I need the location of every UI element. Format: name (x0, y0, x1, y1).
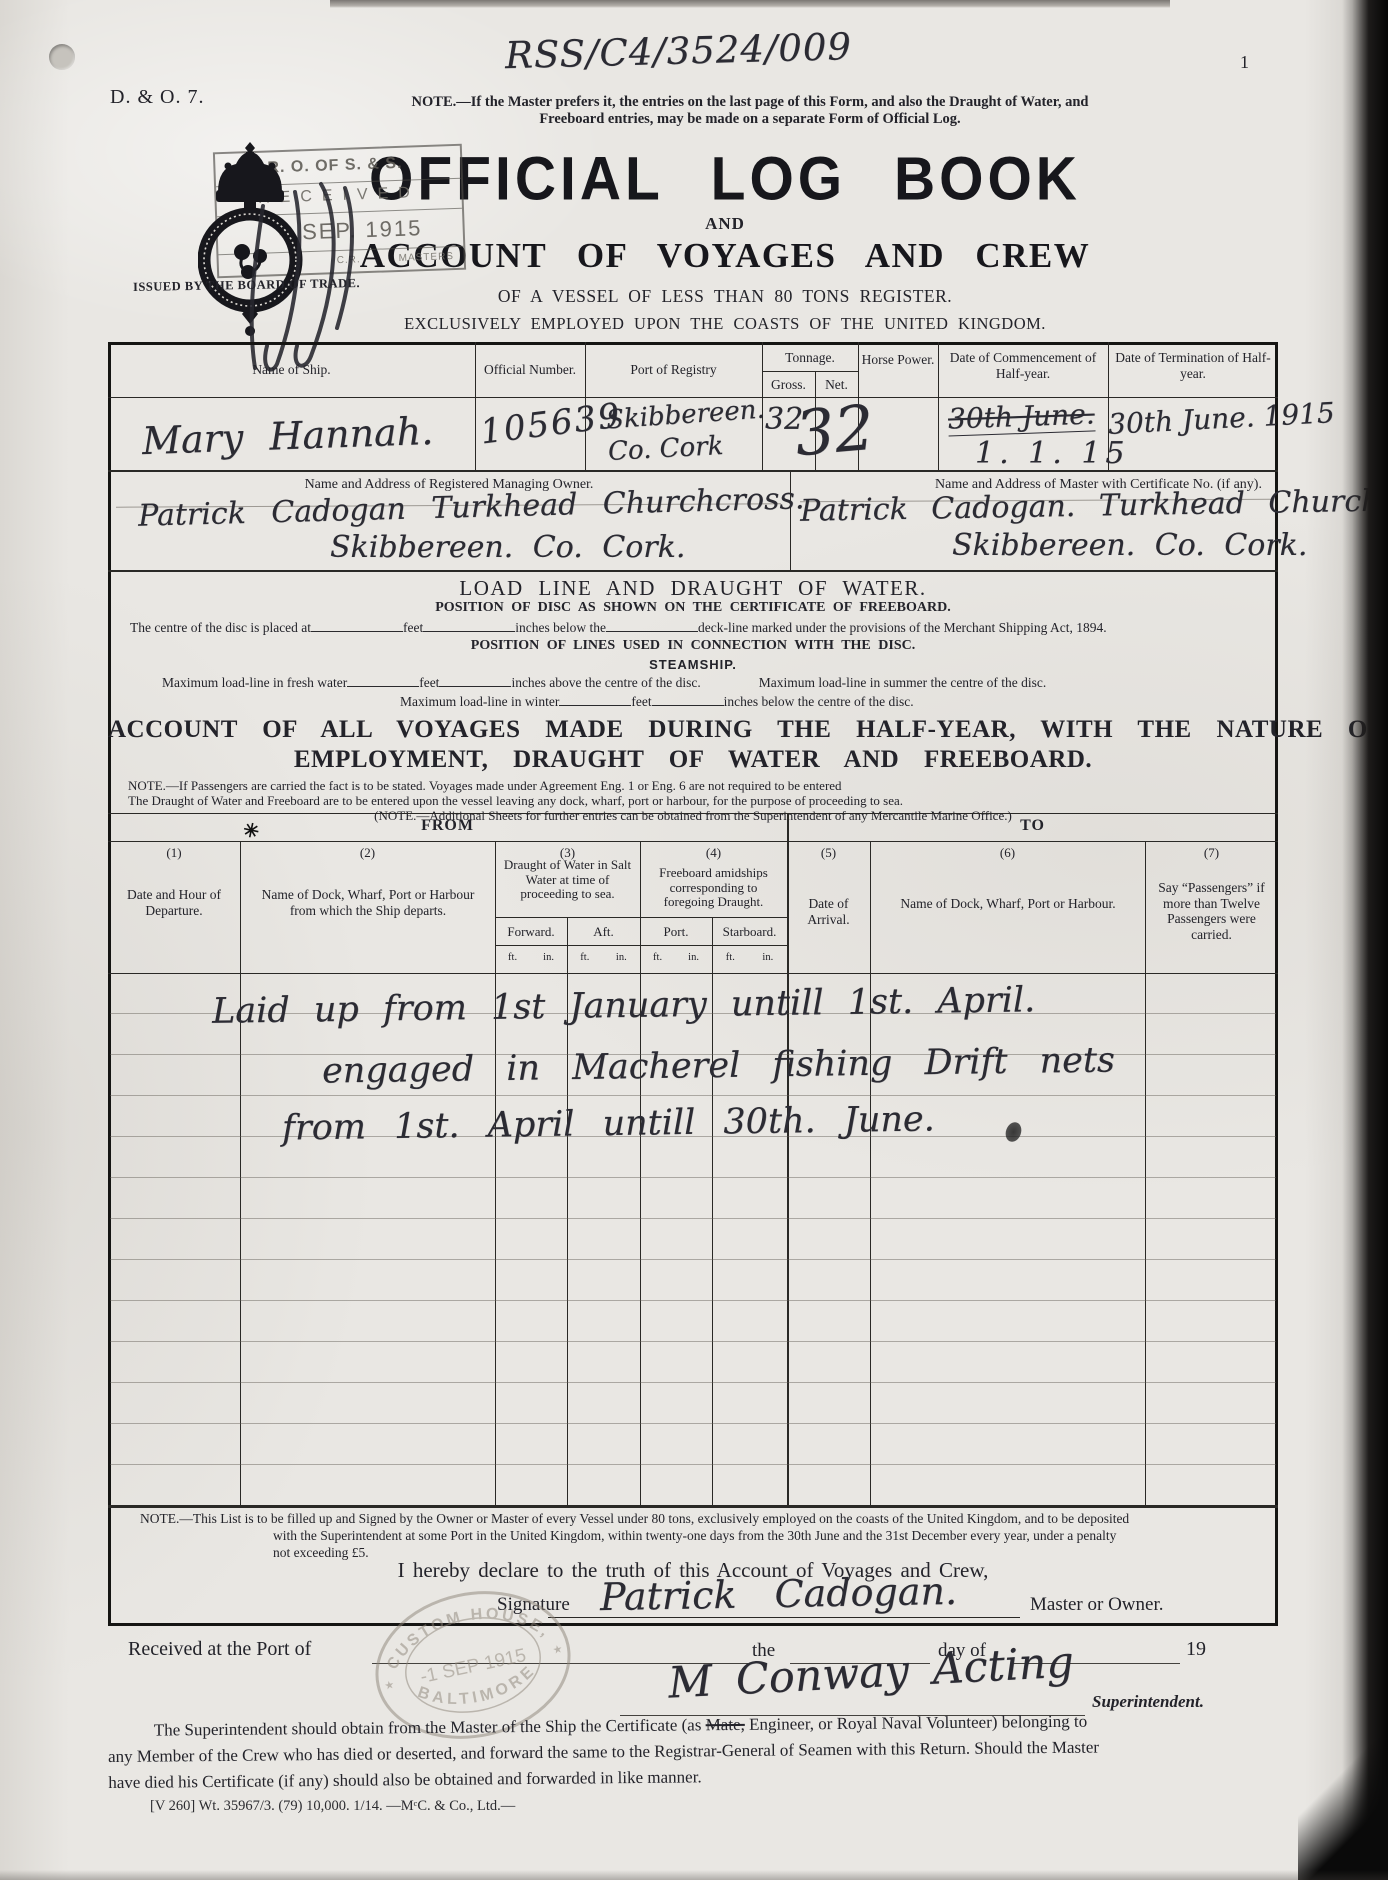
winter-blank-feet (559, 692, 631, 706)
winter-text-c: inches below the centre of the disc. (724, 694, 914, 709)
header-official-number: Official Number. (475, 362, 585, 378)
voyages-heading-line1: ACCOUNT OF ALL VOYAGES MADE DURING THE H… (108, 716, 1278, 744)
section-line (108, 570, 1278, 572)
voyages-note1: NOTE.—If Passengers are carried the fact… (128, 778, 842, 794)
fresh-text-a: Maximum load-line in fresh water (162, 675, 347, 690)
master-value-line2: Skibbereen. Co. Cork. (952, 528, 1307, 563)
in-label: in. (762, 952, 773, 963)
ft-label: ft. (508, 952, 517, 963)
in-label: in. (616, 952, 627, 963)
fresh-blank-feet (347, 673, 419, 687)
port-value-line2: Co. Cork (607, 431, 724, 467)
row-line (108, 841, 1278, 842)
paragraph-line1-a: The Superintendent should obtain from th… (154, 1715, 706, 1739)
scan-edge-bottom (0, 1870, 1388, 1880)
ftin-starboard: ft.in. (712, 952, 787, 963)
footer-note-line2: with the Superintendent at some Port in … (273, 1528, 1116, 1544)
voyages-heading-line2: EMPLOYMENT, DRAUGHT OF WATER AND FREEBOA… (108, 746, 1278, 774)
port-label: Port. (640, 924, 712, 940)
superintendent-signature: M Conway Acting (667, 1637, 1075, 1708)
col6-number: (6) (870, 845, 1145, 861)
loadline-pos-disc: POSITION OF DISC AS SHOWN ON THE CERTIFI… (108, 600, 1278, 616)
row-line (108, 397, 1278, 398)
col3-header: Draught of Water in Salt Water at time o… (499, 858, 636, 902)
col7-number: (7) (1145, 845, 1278, 861)
starboard-label: Starboard. (712, 924, 787, 940)
disc-text-d: deck-line marked under the provisions of… (698, 620, 1107, 635)
hole-punch (49, 44, 75, 70)
loadline-title: LOAD LINE AND DRAUGHT OF WATER. (108, 576, 1278, 601)
header-tonnage: Tonnage. (762, 350, 858, 366)
in-label: in. (543, 952, 554, 963)
ftin-aft: ft.in. (567, 952, 640, 963)
loadline-winter-line: Maximum load-line in winterfeetinches be… (400, 692, 914, 710)
top-note-line2: Freeboard entries, may be made on a sepa… (350, 111, 1150, 128)
fresh-text-b: feet (419, 675, 439, 690)
header-port-of-registry: Port of Registry (585, 362, 762, 378)
col5-header: Date of Arrival. (789, 896, 868, 927)
commencement-value: 1. 1. 15 (975, 436, 1130, 471)
disc-blank-deckline (606, 618, 698, 632)
loadline-disc-line: The centre of the disc is placed atfeeti… (130, 618, 1107, 636)
scan-edge-right (1342, 0, 1388, 1880)
received-19-label: 19 (1186, 1638, 1206, 1661)
disc-blank-feet (311, 618, 403, 632)
body-bottom-line (108, 1505, 1278, 1508)
ft-label: ft. (580, 952, 589, 963)
header-termination: Date of Termination of Half-year. (1113, 350, 1273, 381)
master-or-owner-label: Master or Owner. (1030, 1594, 1164, 1616)
paragraph-line1-b: Engineer, or Royal Naval Volunteer) belo… (745, 1712, 1088, 1734)
archive-reference: RSS/C4/3524/009 (504, 26, 825, 77)
col1-number: (1) (108, 845, 240, 861)
header-horse-power: Horse Power. (858, 352, 938, 368)
signature-value: Patrick Cadogan. (600, 1569, 958, 1619)
winter-text-b: feet (631, 694, 651, 709)
header-gross: Gross. (762, 377, 815, 393)
col2-number: (2) (240, 845, 495, 861)
col5-number: (5) (787, 845, 870, 861)
paragraph-mate-struck: Mate, (706, 1715, 745, 1734)
ft-label: ft. (653, 952, 662, 963)
subheader-line (495, 917, 787, 918)
disc-text-b: feet (403, 620, 423, 635)
winter-text-a: Maximum load-line in winter (400, 694, 559, 709)
header-name-of-ship: Name of Ship. (108, 362, 475, 378)
form-code: D. & O. 7. (110, 86, 204, 109)
col1-header: Date and Hour of Departure. (112, 887, 236, 918)
scanned-log-book-page: RSS/C4/3524/009 1 D. & O. 7. NOTE.—If th… (0, 0, 1388, 1880)
in-label: in. (688, 952, 699, 963)
winter-blank-inches (652, 692, 724, 706)
subheader-line (495, 945, 787, 946)
disc-blank-inches (423, 618, 515, 632)
page-number: 1 (1240, 52, 1249, 73)
fresh-blank-inches (439, 673, 511, 687)
received-at-port-label: Received at the Port of (128, 1638, 311, 1661)
received-stamp-masters: MASTERS (399, 251, 455, 264)
from-label: FROM (108, 817, 787, 835)
disc-text-a: The centre of the disc is placed at (130, 620, 311, 635)
footer-note-line1: NOTE.—This List is to be filled up and S… (140, 1511, 1129, 1527)
summer-text: Maximum load-line in summer the centre o… (759, 675, 1047, 690)
col4-header: Freeboard amidships corresponding to for… (644, 866, 783, 910)
loadline-pos-lines: POSITION OF LINES USED IN CONNECTION WIT… (108, 638, 1278, 654)
ft-label: ft. (726, 952, 735, 963)
aft-label: Aft. (567, 924, 640, 940)
net-tonnage-value-large: 32 (792, 391, 877, 471)
loadline-fresh-line: Maximum load-line in fresh waterfeetinch… (162, 673, 1046, 691)
scan-edge-corner (1298, 1690, 1388, 1880)
top-note-line1: NOTE.—If the Master prefers it, the entr… (350, 94, 1150, 111)
fresh-text-c: inches above the centre of the disc. (511, 675, 700, 690)
ftin-forward: ft.in. (495, 952, 567, 963)
forward-label: Forward. (495, 924, 567, 940)
disc-text-c: inches below the (515, 620, 606, 635)
col7-header: Say “Passengers” if more than Twelve Pas… (1149, 880, 1274, 942)
tonnage-underline (762, 371, 858, 372)
row-line (108, 813, 1278, 814)
custom-stamp-star-right: ★ (552, 1643, 564, 1657)
printer-imprint: [V 260] Wt. 35967/3. (79) 10,000. 1/14. … (150, 1798, 515, 1815)
commencement-struck-value: 30th June. (947, 397, 1095, 436)
header-commencement: Date of Commencement of Half-year. (943, 350, 1103, 381)
loadline-steamship: STEAMSHIP. (108, 657, 1278, 672)
custom-stamp-star-left: ★ (383, 1679, 395, 1693)
col-line (938, 342, 939, 472)
ftin-port: ft.in. (640, 952, 712, 963)
col2-header: Name of Dock, Wharf, Port or Harbour fro… (250, 887, 486, 918)
to-label: TO (787, 817, 1278, 835)
scan-top-strip (330, 0, 1170, 8)
col4-number: (4) (640, 845, 787, 861)
header-net: Net. (815, 377, 858, 393)
voyages-note2: The Draught of Water and Freeboard are t… (128, 793, 903, 809)
owner-value-line2: Skibbereen. Co. Cork. (330, 530, 685, 565)
top-note: NOTE.—If the Master prefers it, the entr… (350, 94, 1150, 128)
col6-header: Name of Dock, Wharf, Port or Harbour. (878, 896, 1138, 912)
superintendent-paragraph: The Superintendent should obtain from th… (108, 1706, 1369, 1796)
